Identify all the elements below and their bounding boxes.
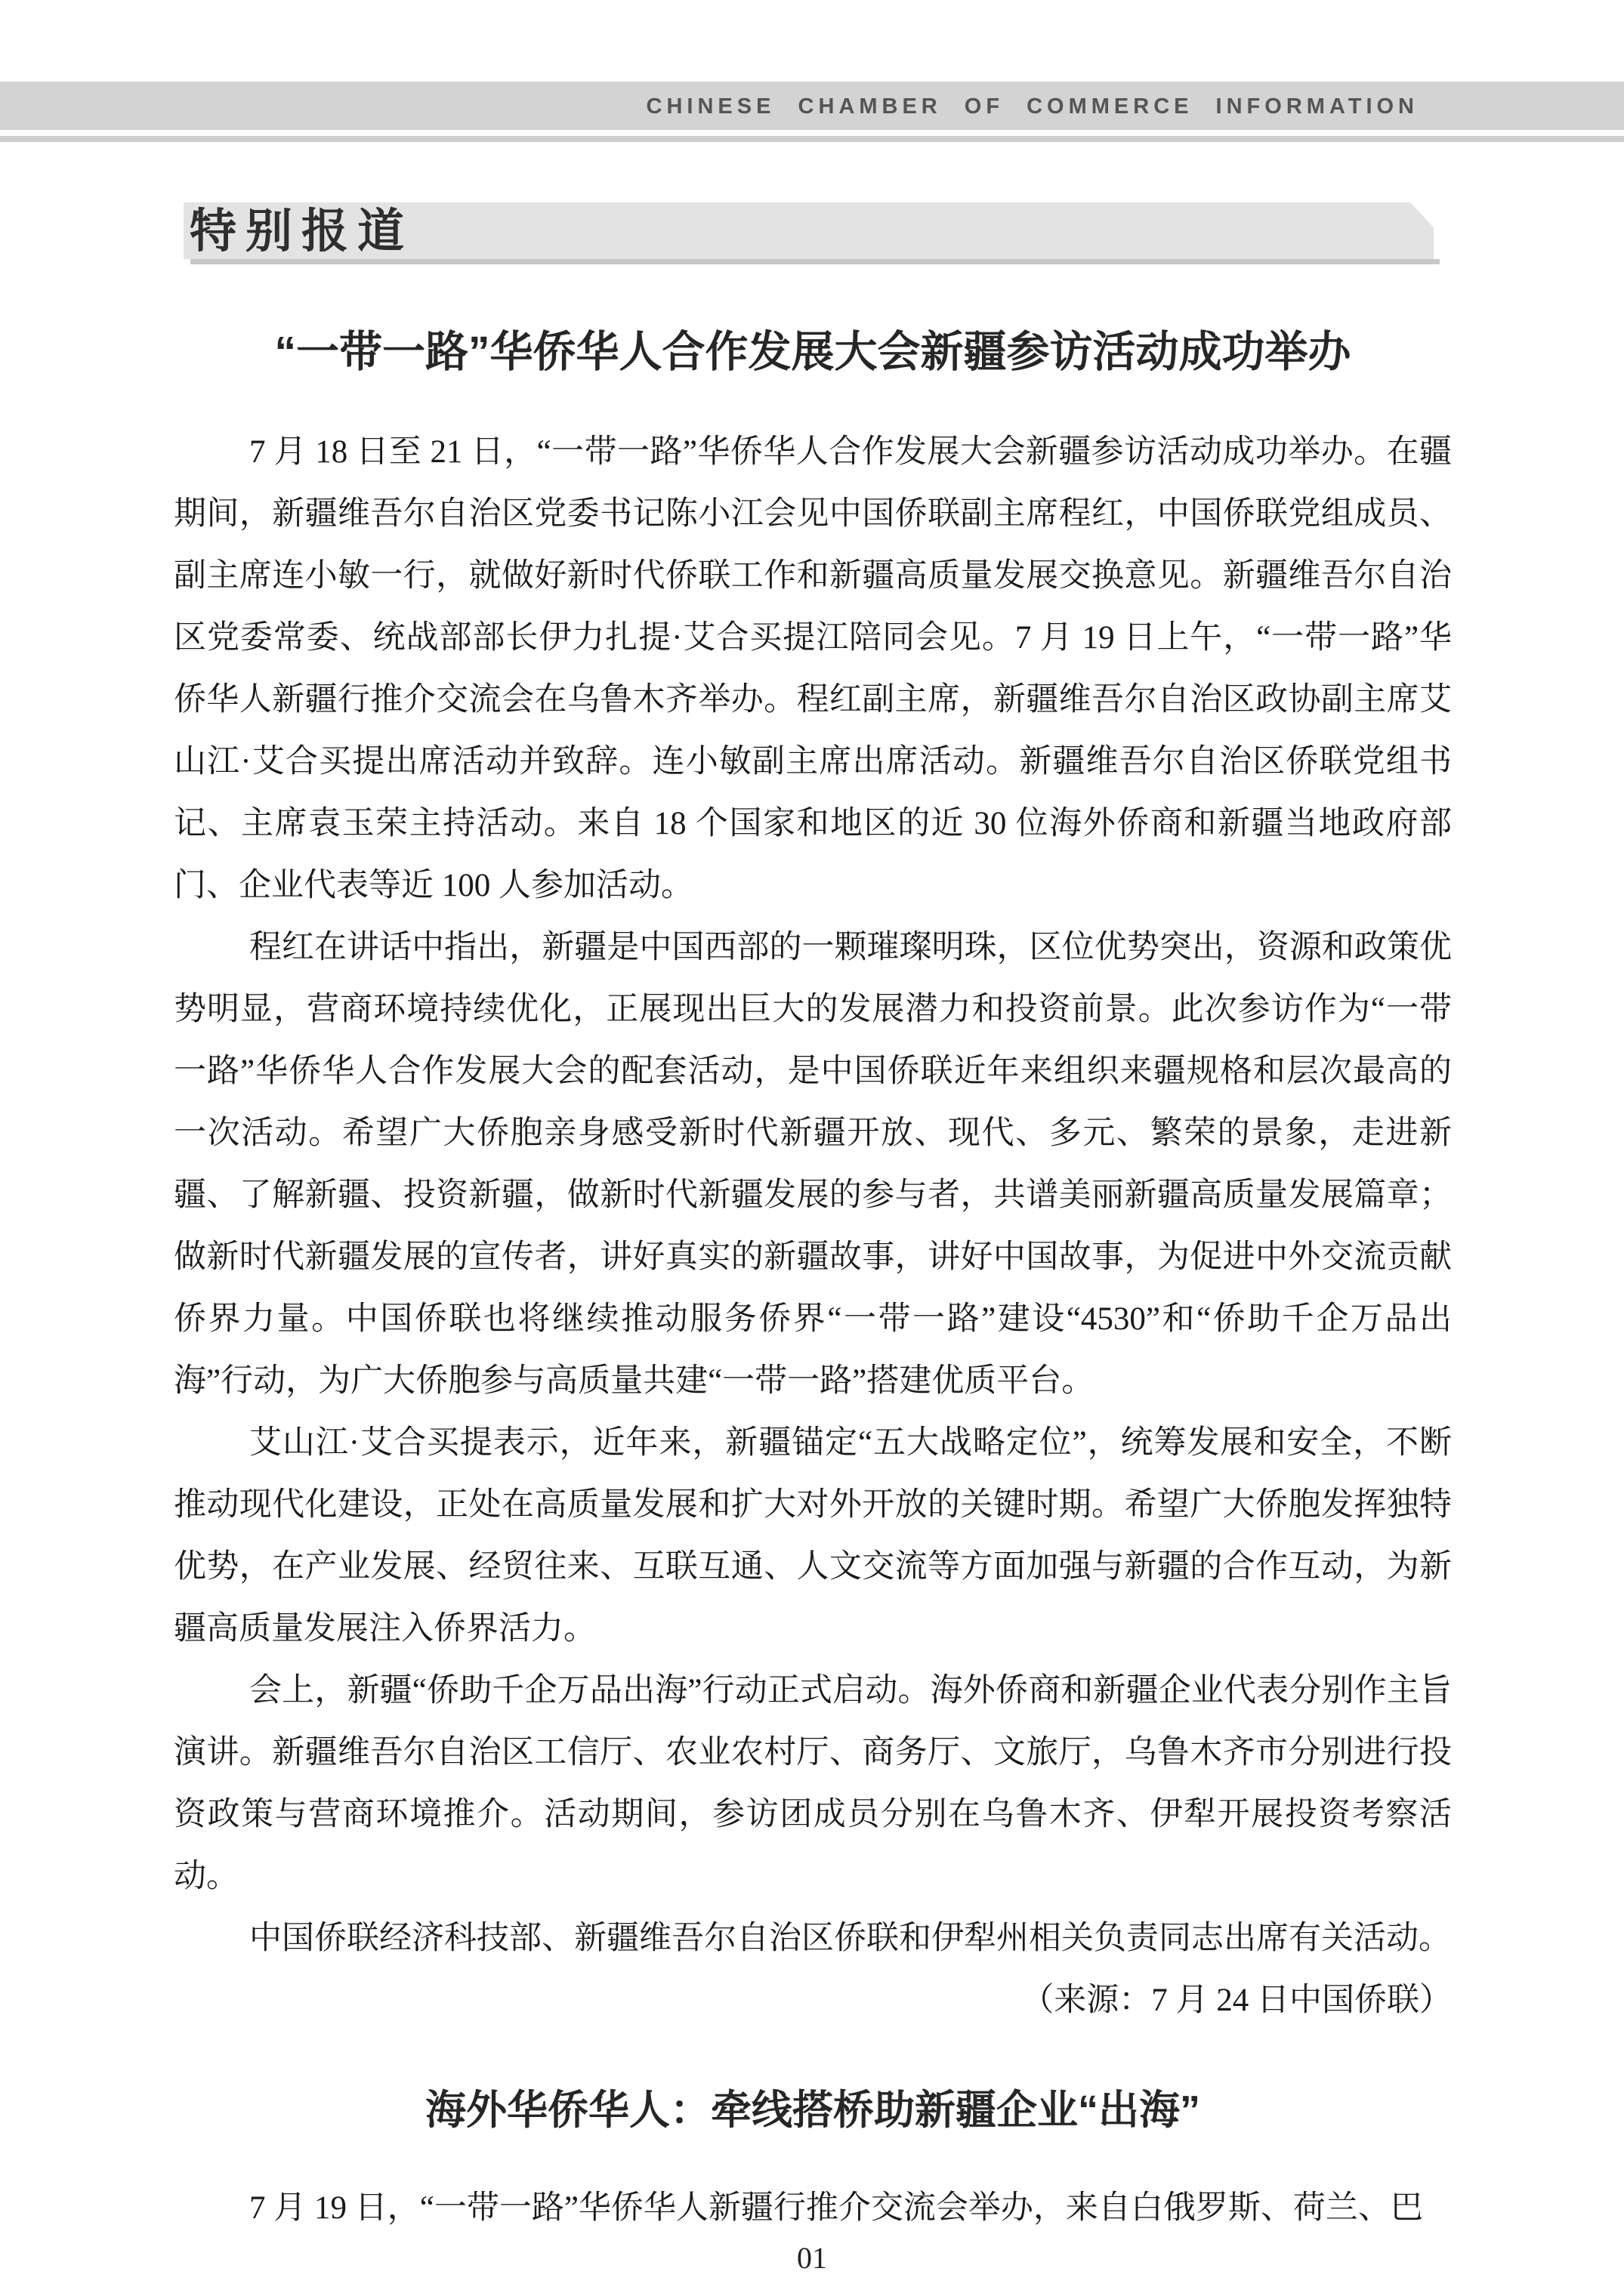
article1-paragraph-3: 艾山江·艾合买提表示，近年来，新疆锚定“五大战略定位”，统筹发展和安全，不断推动… — [174, 1412, 1452, 1660]
section-label: 特别报道 — [190, 202, 413, 259]
article1-title: “一带一路”华侨华人合作发展大会新疆参访活动成功举办 — [174, 326, 1452, 378]
article2-paragraph-1: 7 月 19 日，“一带一路”华侨华人新疆行推介交流会举办，来自白俄罗斯、荷兰、… — [174, 2177, 1452, 2239]
article2-title: 海外华侨华人：牵线搭桥助新疆企业“出海” — [174, 2086, 1452, 2135]
header-divider-line — [0, 136, 1624, 142]
article1-paragraph-5: 中国侨联经济科技部、新疆维吾尔自治区侨联和伊犁州相关负责同志出席有关活动。 — [174, 1908, 1452, 1970]
section-banner-shadow — [190, 259, 1440, 264]
page-content: “一带一路”华侨华人合作发展大会新疆参访活动成功举办 7 月 18 日至 21 … — [174, 326, 1452, 2239]
article1-paragraph-2: 程红在讲话中指出，新疆是中国西部的一颗璀璨明珠，区位优势突出，资源和政策优势明显… — [174, 917, 1452, 1412]
article1-paragraph-4: 会上，新疆“侨助千企万品出海”行动正式启动。海外侨商和新疆企业代表分别作主旨演讲… — [174, 1660, 1452, 1908]
header-band-title: CHINESE CHAMBER OF COMMERCE INFORMATION — [647, 82, 1419, 130]
header-band: CHINESE CHAMBER OF COMMERCE INFORMATION — [0, 82, 1624, 130]
section-banner: 特别报道 — [184, 202, 1434, 259]
page-number: 01 — [0, 2240, 1624, 2276]
article1-source: （来源：7 月 24 日中国侨联） — [174, 1970, 1452, 2032]
article1-paragraph-1: 7 月 18 日至 21 日，“一带一路”华侨华人合作发展大会新疆参访活动成功举… — [174, 421, 1452, 917]
